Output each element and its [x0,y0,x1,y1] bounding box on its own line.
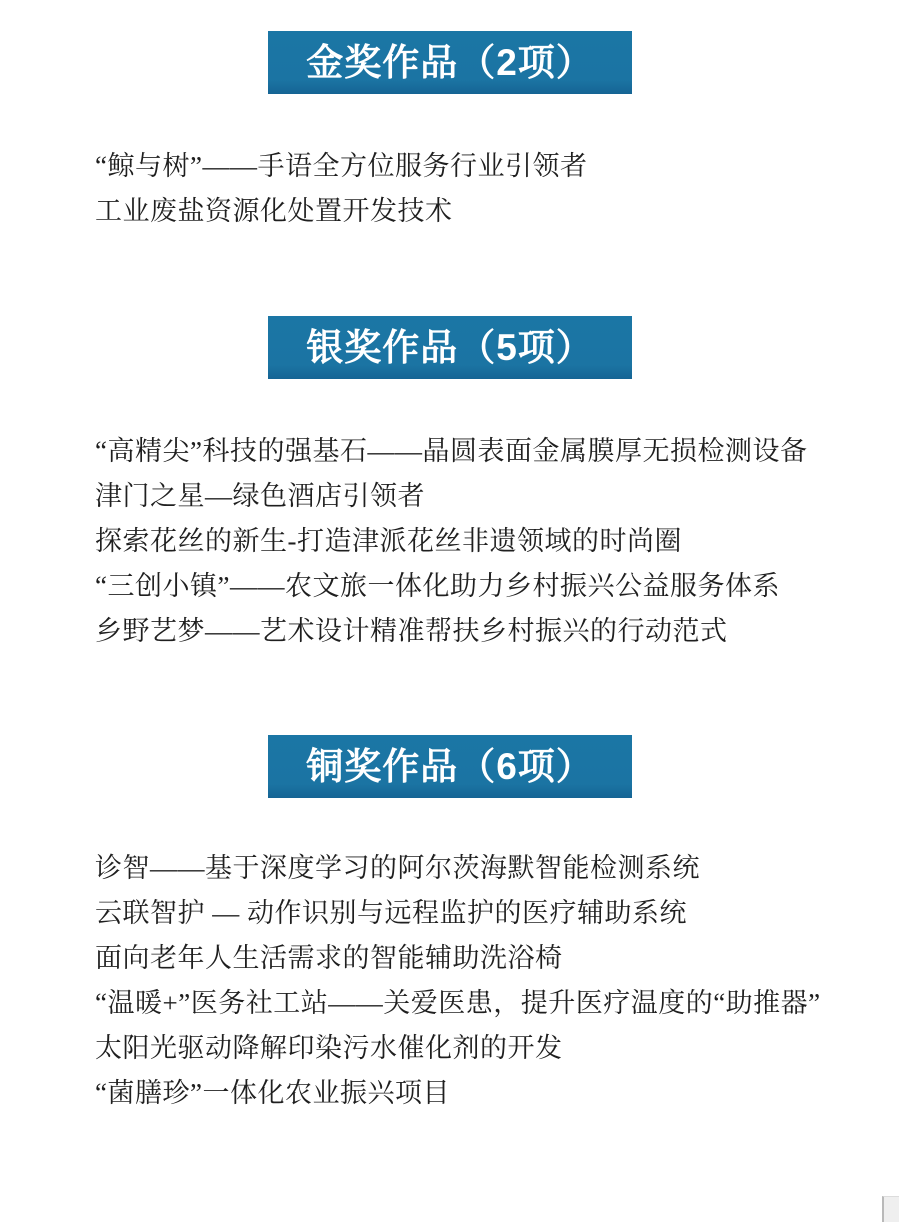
silver-award-banner: 银奖作品（5项） [268,316,632,379]
award-item: 诊智——基于深度学习的阿尔茨海默智能检测系统 [95,846,861,891]
award-item: 工业废盐资源化处置开发技术 [95,189,861,234]
award-item: “三创小镇”——农文旅一体化助力乡村振兴公益服务体系 [95,564,861,609]
silver-award-list: “高精尖”科技的强基石——晶圆表面金属膜厚无损检测设备 津门之星—绿色酒店引领者… [95,429,861,654]
award-item: 探索花丝的新生-打造津派花丝非遗领域的时尚圈 [95,519,861,564]
award-item: “鲸与树”——手语全方位服务行业引领者 [95,144,861,189]
gold-award-list: “鲸与树”——手语全方位服务行业引领者 工业废盐资源化处置开发技术 [95,144,861,234]
award-item: 云联智护 — 动作识别与远程监护的医疗辅助系统 [95,891,861,936]
award-item: “菌膳珍”一体化农业振兴项目 [95,1071,861,1116]
gold-award-banner: 金奖作品（2项） [268,31,632,94]
bronze-award-list: 诊智——基于深度学习的阿尔茨海默智能检测系统 云联智护 — 动作识别与远程监护的… [95,846,861,1116]
award-list-page: 金奖作品（2项） “鲸与树”——手语全方位服务行业引领者 工业废盐资源化处置开发… [0,0,899,1222]
award-item: 太阳光驱动降解印染污水催化剂的开发 [95,1026,861,1071]
scrollbar-thumb[interactable] [882,1196,899,1222]
award-item: 面向老年人生活需求的智能辅助洗浴椅 [95,936,861,981]
award-item: 津门之星—绿色酒店引领者 [95,474,861,519]
award-item: “温暖+”医务社工站——关爱医患，提升医疗温度的“助推器” [95,981,861,1026]
bronze-award-banner: 铜奖作品（6项） [268,735,632,798]
award-item: “高精尖”科技的强基石——晶圆表面金属膜厚无损检测设备 [95,429,861,474]
award-item: 乡野艺梦——艺术设计精准帮扶乡村振兴的行动范式 [95,609,861,654]
